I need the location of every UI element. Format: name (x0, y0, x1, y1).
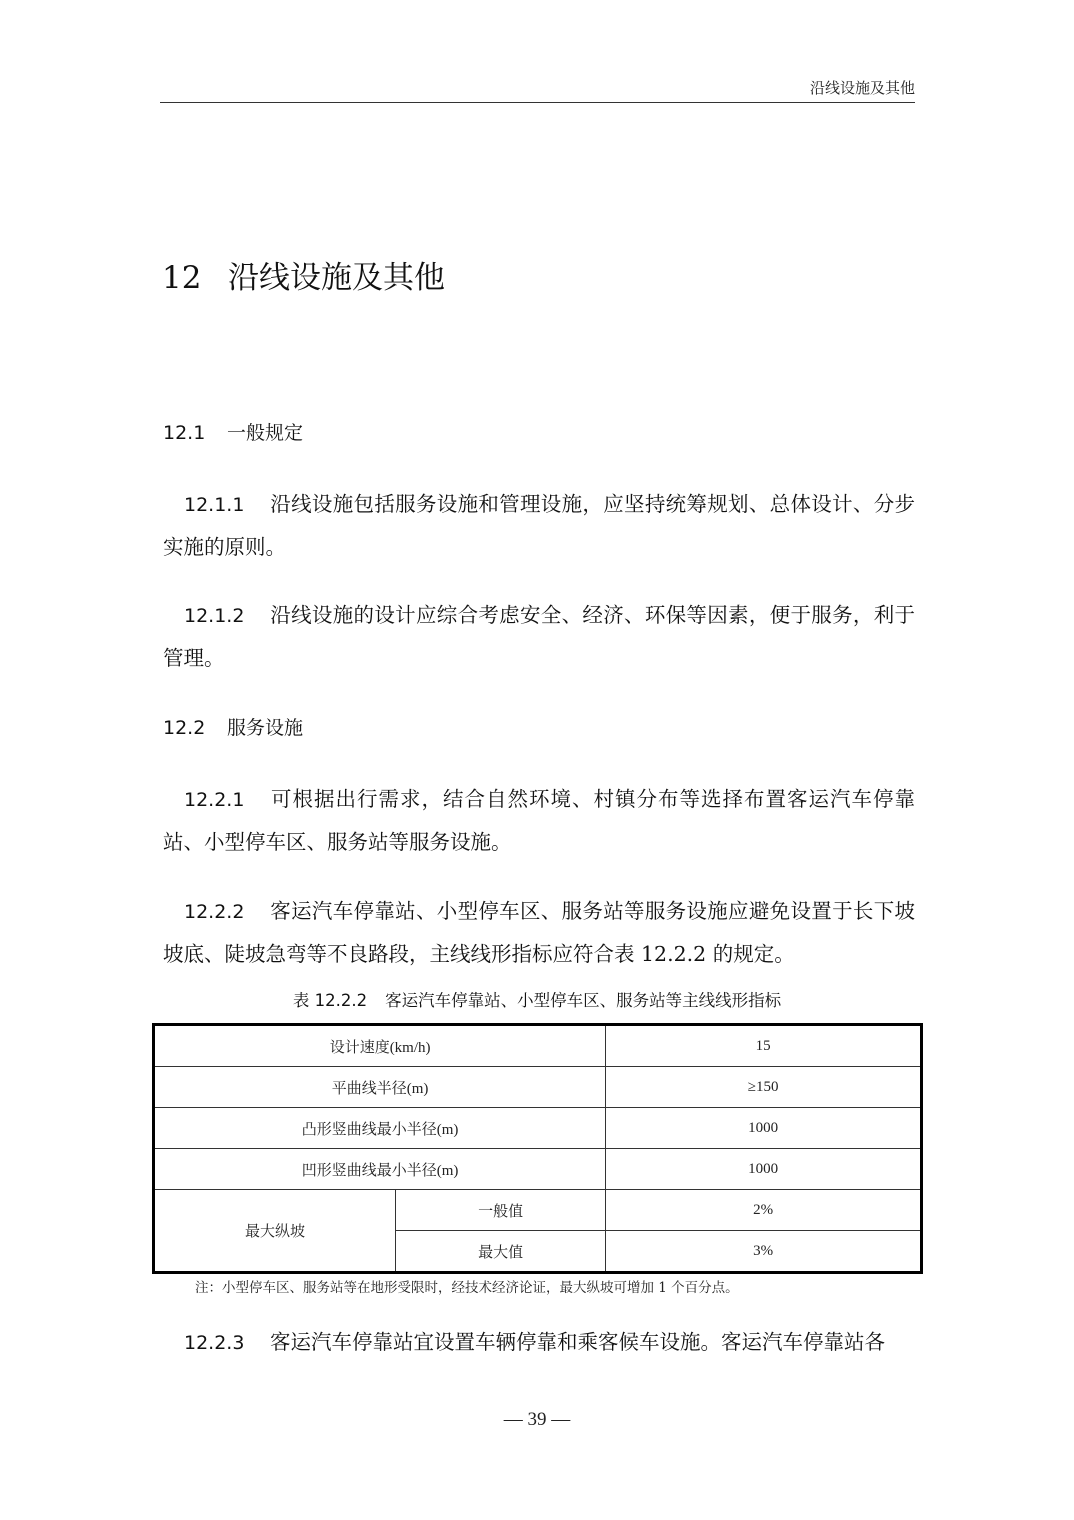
row-value: 1000 (606, 1108, 922, 1149)
table-caption: 表 12.2.2客运汽车停靠站、小型停车区、服务站等主线线形指标 (0, 988, 1074, 1014)
table-row: 平曲线半径(m) ≥150 (154, 1067, 922, 1108)
table-row: 设计速度(km/h) 15 (154, 1025, 922, 1067)
page-number: — 39 — (0, 1406, 1074, 1434)
table-row: 凹形竖曲线最小半径(m) 1000 (154, 1149, 922, 1190)
section-title: 一般规定 (227, 422, 303, 444)
section-heading-12-2: 12.2服务设施 (163, 713, 303, 743)
clause-text: 可根据出行需求，结合自然环境、村镇分布等选择布置客运汽车停靠站、小型停车区、服务… (163, 787, 915, 854)
table-number: 表 12.2.2 (293, 991, 367, 1010)
row-label: 平曲线半径(m) (154, 1067, 606, 1108)
section-heading-12-1: 12.1一般规定 (163, 418, 303, 448)
clause-text: 客运汽车停靠站、小型停车区、服务站等服务设施应避免设置于长下坡坡底、陡坡急弯等不… (163, 899, 915, 966)
clause-text: 沿线设施包括服务设施和管理设施，应坚持统筹规划、总体设计、分步实施的原则。 (163, 492, 915, 559)
chapter-title: 12沿线设施及其他 (162, 254, 445, 302)
row-label: 设计速度(km/h) (154, 1025, 606, 1067)
table-row: 最大纵坡 一般值 2% (154, 1190, 922, 1231)
clause-number: 12.1.2 (184, 595, 270, 637)
clause-12-2-1: 12.2.1可根据出行需求，结合自然环境、村镇分布等选择布置客运汽车停靠站、小型… (163, 778, 915, 863)
chapter-title-text: 沿线设施及其他 (228, 260, 445, 296)
clause-number: 12.2.3 (184, 1322, 270, 1364)
clause-12-1-1: 12.1.1沿线设施包括服务设施和管理设施，应坚持统筹规划、总体设计、分步实施的… (163, 483, 915, 568)
table-row: 凸形竖曲线最小半径(m) 1000 (154, 1108, 922, 1149)
sub-row-label: 一般值 (396, 1190, 606, 1231)
chapter-number: 12 (162, 254, 228, 302)
row-label: 凸形竖曲线最小半径(m) (154, 1108, 606, 1149)
grade-label: 最大纵坡 (154, 1190, 396, 1273)
row-label: 凹形竖曲线最小半径(m) (154, 1149, 606, 1190)
sub-row-label: 最大值 (396, 1231, 606, 1273)
clause-number: 12.2.1 (184, 779, 270, 821)
clause-12-1-2: 12.1.2沿线设施的设计应综合考虑安全、经济、环保等因素，便于服务，利于管理。 (163, 594, 915, 679)
clause-text: 沿线设施的设计应综合考虑安全、经济、环保等因素，便于服务，利于管理。 (163, 603, 915, 670)
row-value: 2% (606, 1190, 922, 1231)
alignment-spec-table: 设计速度(km/h) 15 平曲线半径(m) ≥150 凸形竖曲线最小半径(m)… (152, 1023, 923, 1274)
row-value: 3% (606, 1231, 922, 1273)
row-value: 15 (606, 1025, 922, 1067)
row-value: 1000 (606, 1149, 922, 1190)
section-title: 服务设施 (227, 717, 303, 739)
document-page: 沿线设施及其他 12沿线设施及其他 12.1一般规定 12.1.1沿线设施包括服… (0, 0, 1074, 1520)
section-number: 12.1 (163, 418, 227, 448)
row-value: ≥150 (606, 1067, 922, 1108)
clause-text: 客运汽车停靠站宜设置车辆停靠和乘客候车设施。客运汽车停靠站各 (270, 1330, 885, 1354)
clause-12-2-3: 12.2.3客运汽车停靠站宜设置车辆停靠和乘客候车设施。客运汽车停靠站各 (163, 1321, 915, 1364)
clause-12-2-2: 12.2.2客运汽车停靠站、小型停车区、服务站等服务设施应避免设置于长下坡坡底、… (163, 890, 915, 975)
table-title: 客运汽车停靠站、小型停车区、服务站等主线线形指标 (385, 991, 781, 1010)
running-header: 沿线设施及其他 (160, 76, 915, 103)
section-number: 12.2 (163, 713, 227, 743)
clause-number: 12.2.2 (184, 891, 270, 933)
clause-number: 12.1.1 (184, 484, 270, 526)
table-note: 注：小型停车区、服务站等在地形受限时，经技术经济论证，最大纵坡可增加 1 个百分… (195, 1277, 739, 1299)
